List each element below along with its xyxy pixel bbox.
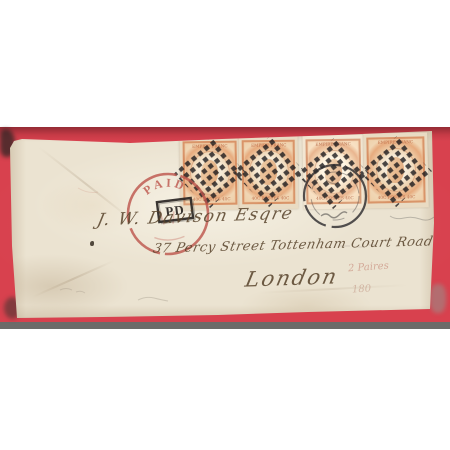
pencil-note-number: 180 (352, 284, 372, 296)
shadow-strip (0, 322, 450, 329)
cover-photo: EMPIRE FRANC 40C POSTES 40C EMPIRE FRANC… (0, 0, 450, 450)
dotted-lozenge-cancel (174, 136, 432, 210)
edge-shadow-right (430, 284, 446, 313)
envelope: EMPIRE FRANC 40C POSTES 40C EMPIRE FRANC… (8, 128, 434, 321)
address-line-3: London (243, 264, 341, 291)
ink-blot (90, 241, 94, 246)
